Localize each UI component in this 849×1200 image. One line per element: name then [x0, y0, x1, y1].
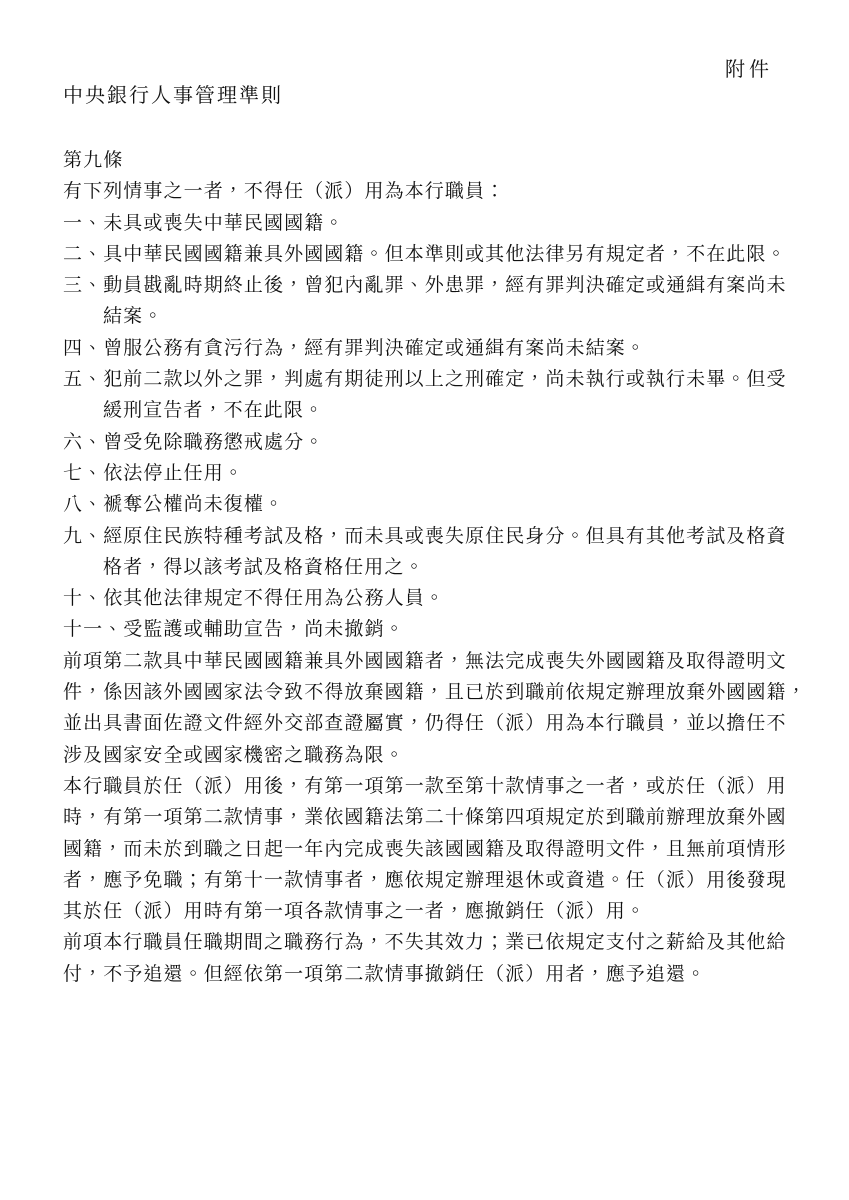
body-text-line: 其於任（派）用時有第一項各款情事之一者，應撤銷任（派）用。 [63, 896, 823, 927]
body-text-line: 時，有第一項第二款情事，業依國籍法第二十條第四項規定於到職前辦理放棄外國 [63, 802, 823, 833]
body-text-line: 前項第二款具中華民國國籍兼具外國國籍者，無法完成喪失外國國籍及取得證明文 [63, 646, 823, 677]
body-text-line: 三、動員戡亂時期終止後，曾犯內亂罪、外患罪，經有罪判決確定或通緝有案尚未 [63, 270, 823, 301]
body-text-line: 結案。 [63, 301, 823, 332]
body-text-line: 國籍，而未於到職之日起一年內完成喪失該國國籍及取得證明文件，且無前項情形 [63, 834, 823, 865]
body-text-line: 者，應予免職；有第十一款情事者，應依規定辦理退休或資遣。任（派）用後發現 [63, 865, 823, 896]
body-text-line: 付，不予追還。但經依第一項第二款情事撤銷任（派）用者，應予追還。 [63, 959, 823, 990]
body-text-line: 前項本行職員任職期間之職務行為，不失其效力；業已依規定支付之薪給及其他給 [63, 927, 823, 958]
body-text-line: 八、褫奪公權尚未復權。 [63, 489, 823, 520]
body-text-line: 一、未具或喪失中華民國國籍。 [63, 208, 823, 239]
document-page: 附件 中央銀行人事管理準則 第九條 有下列情事之一者，不得任（派）用為本行職員：… [0, 0, 849, 1200]
body-text-line: 十、依其他法律規定不得任用為公務人員。 [63, 583, 823, 614]
body-text-line: 本行職員於任（派）用後，有第一項第一款至第十款情事之一者，或於任（派）用 [63, 771, 823, 802]
body-text-line: 有下列情事之一者，不得任（派）用為本行職員： [63, 176, 823, 207]
body-text-line: 件，係因該外國國家法令致不得放棄國籍，且已於到職前依規定辦理放棄外國國籍， [63, 677, 823, 708]
body-text-line: 四、曾服公務有貪污行為，經有罪判決確定或通緝有案尚未結案。 [63, 333, 823, 364]
document-title: 中央銀行人事管理準則 [63, 81, 283, 111]
attachment-label: 附件 [725, 55, 773, 85]
article-heading: 第九條 [63, 145, 823, 176]
body-text-line: 十一、受監護或輔助宣告，尚未撤銷。 [63, 614, 823, 645]
body-text-line: 格者，得以該考試及格資格任用之。 [63, 552, 823, 583]
body-text-line: 並出具書面佐證文件經外交部查證屬實，仍得任（派）用為本行職員，並以擔任不 [63, 708, 823, 739]
body-text-line: 七、依法停止任用。 [63, 458, 823, 489]
document-body: 第九條 有下列情事之一者，不得任（派）用為本行職員：一、未具或喪失中華民國國籍。… [63, 145, 823, 990]
body-text-line: 五、犯前二款以外之罪，判處有期徒刑以上之刑確定，尚未執行或執行未畢。但受 [63, 364, 823, 395]
body-text-line: 緩刑宣告者，不在此限。 [63, 395, 823, 426]
body-text-line: 涉及國家安全或國家機密之職務為限。 [63, 740, 823, 771]
body-text-line: 六、曾受免除職務懲戒處分。 [63, 427, 823, 458]
body-text-line: 二、具中華民國國籍兼具外國國籍。但本準則或其他法律另有規定者，不在此限。 [63, 239, 823, 270]
body-text-line: 九、經原住民族特種考試及格，而未具或喪失原住民身分。但具有其他考試及格資 [63, 521, 823, 552]
